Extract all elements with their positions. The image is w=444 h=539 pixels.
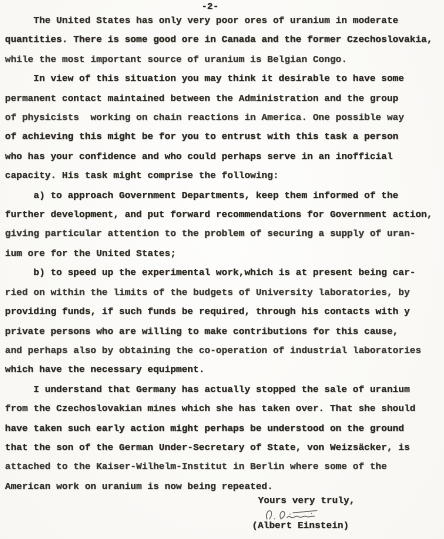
- letter-line: who has your confidence and who could pe…: [5, 147, 439, 166]
- letter-line: private persons who are willing to make …: [5, 322, 439, 341]
- letter-line: of achieving this might be for you to en…: [5, 127, 439, 146]
- letter-line: a) to approach Government Departments, k…: [5, 186, 439, 205]
- letter-page: -2- The United States has only very poor…: [0, 0, 444, 539]
- letter-line: which have the necessary equipment.: [5, 360, 439, 379]
- letter-line: capacity. His task might comprise the fo…: [5, 166, 439, 185]
- signed-name: (Albert Einstein): [252, 520, 349, 531]
- letter-line: attached to the Kaiser-Wilhelm-Institut …: [5, 457, 439, 476]
- letter-line: providing funds, if such funds be requir…: [5, 302, 439, 321]
- letter-line: ium ore for the United States;: [5, 244, 439, 263]
- valediction: Yours very truly,: [258, 495, 355, 506]
- letter-line: b) to speed up the experimental work,whi…: [5, 263, 439, 282]
- letter-line: quantities. There is some good ore in Ca…: [5, 30, 439, 49]
- letter-line: while the most important source of urani…: [5, 50, 439, 69]
- letter-line: giving particular attention to the probl…: [5, 224, 439, 243]
- letter-line: of physicists working on chain reactions…: [5, 108, 439, 127]
- letter-line: and perhaps also by obtaining the co-ope…: [5, 341, 439, 360]
- letter-body: The United States has only very poor ore…: [5, 11, 439, 496]
- letter-line: further development, and put forward rec…: [5, 205, 439, 224]
- letter-line: permanent contact maintained between the…: [5, 89, 439, 108]
- letter-line: I understand that Germany has actually s…: [5, 380, 439, 399]
- letter-line: that the son of the German Under-Secreta…: [5, 438, 439, 457]
- letter-line: ried on within the limits of the budgets…: [5, 283, 439, 302]
- letter-line: from the Czechoslovakian mines which she…: [5, 399, 439, 418]
- letter-line: The United States has only very poor ore…: [5, 11, 439, 30]
- letter-line: In view of this situation you may think …: [5, 69, 439, 88]
- letter-line: American work on uranium is now being re…: [5, 477, 439, 496]
- letter-line: have taken such early action might perha…: [5, 419, 439, 438]
